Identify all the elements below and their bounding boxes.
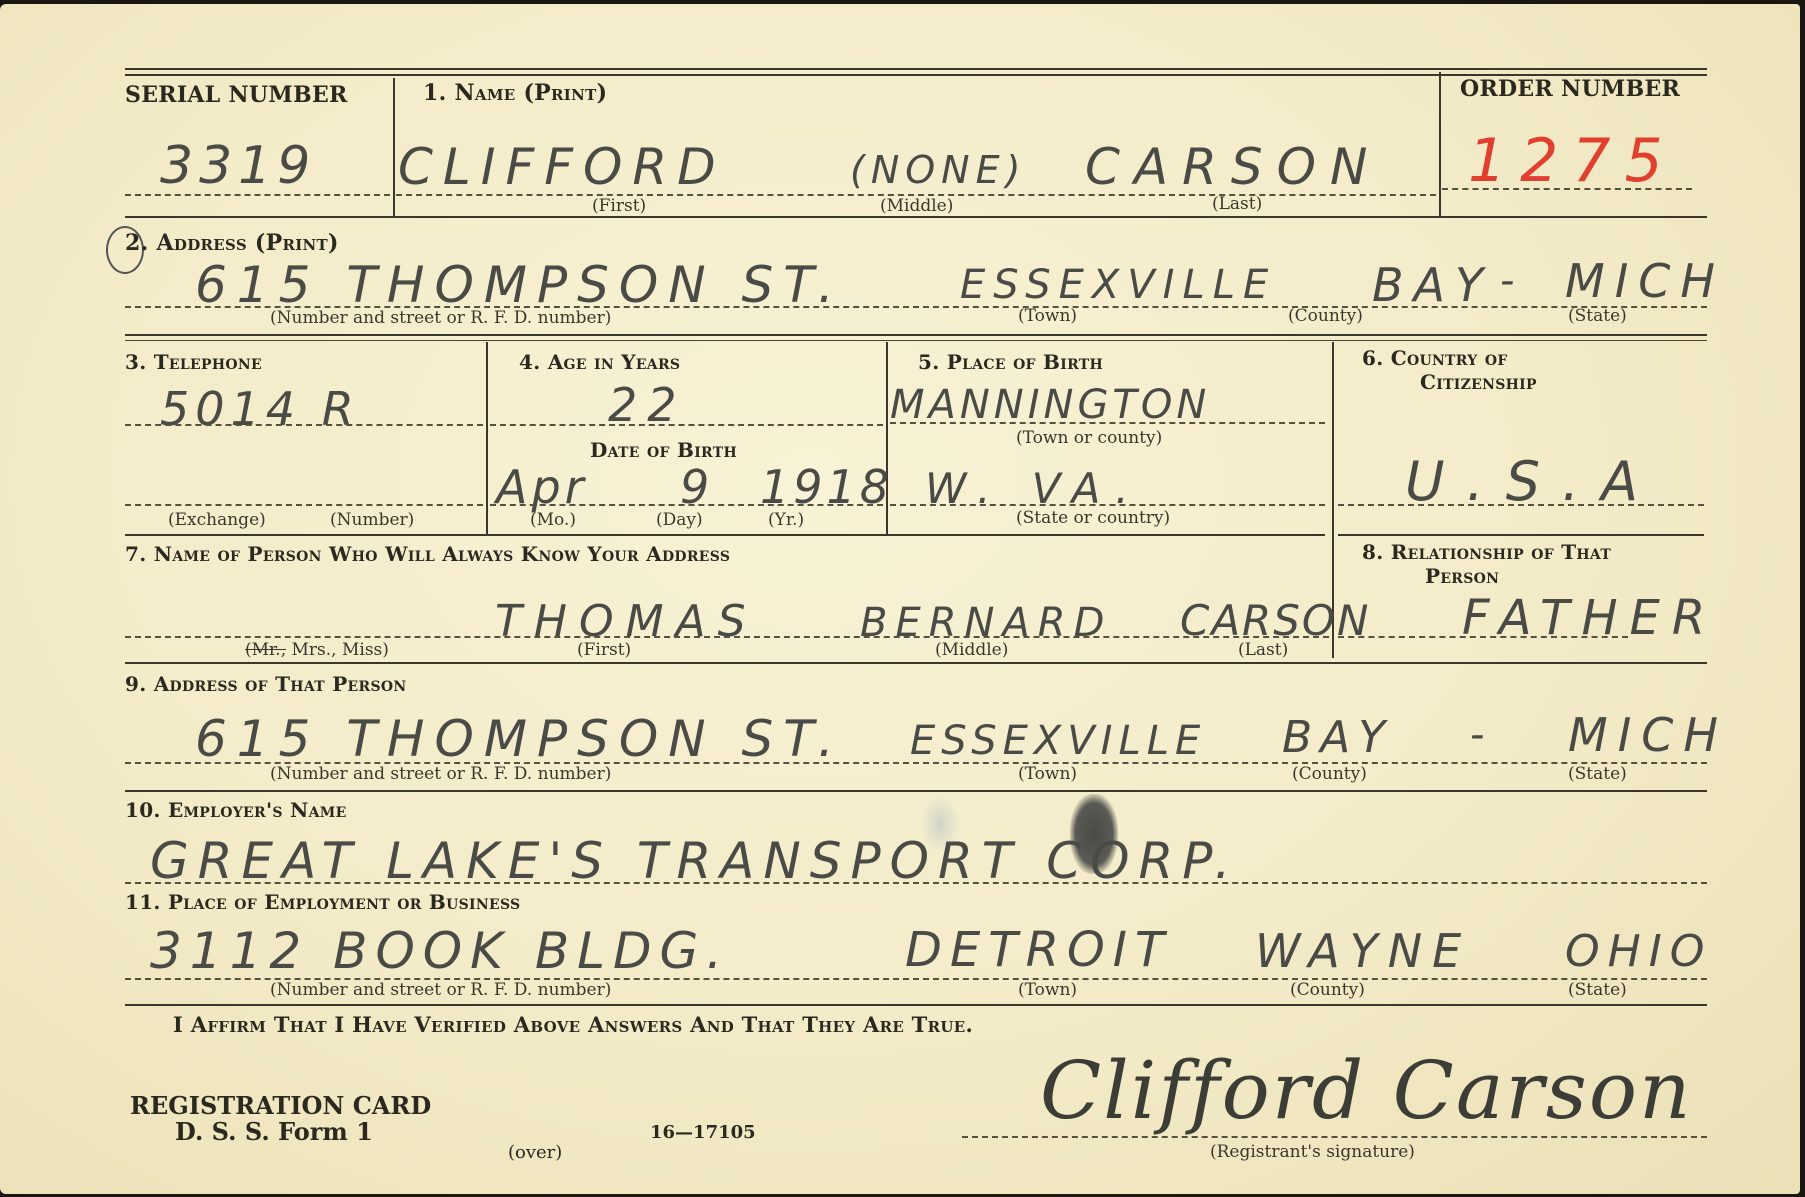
dob-line [490,504,883,506]
address-state-value: MICH [1565,254,1725,308]
name-label: 1. Name (Print) [423,80,607,106]
over-note: (over) [508,1142,562,1163]
birthplace-state-line [890,504,1325,506]
birthplace-label: 5. Place of Birth [918,350,1103,374]
employment-street-value: 3112 BOOK BLDG. [150,922,730,980]
employment-county-value: WAYNE [1255,924,1471,978]
top-rule [125,68,1707,70]
first-name-value: CLIFFORD [398,138,726,196]
birthplace-town-caption: (Town or county) [1016,428,1162,448]
employment-state-caption: (State) [1568,980,1627,1000]
employment-town-value: DETROIT [905,922,1172,978]
first-caption: (First) [592,196,646,216]
contact-line [125,636,1329,638]
contact-label: 7. Name of Person Who Will Always Know Y… [125,542,730,566]
birthplace-town-line [890,422,1325,424]
employment-town-caption: (Town) [1018,980,1077,1000]
address-street-caption: (Number and street or R. F. D. number) [270,308,611,328]
age-label: 4. Age in Years [519,350,680,374]
registrant-signature: Clifford Carson [1040,1044,1693,1137]
row1-bottom-rule [125,216,1707,218]
employer-label: 10. Employer's Name [125,798,347,822]
row9-bottom-rule [125,790,1707,792]
contact-street-caption: (Number and street or R. F. D. number) [270,764,611,784]
affirmation-text: I Affirm That I Have Verified Above Answ… [173,1012,973,1037]
middle-caption: (Middle) [880,196,953,216]
relationship-line [1338,636,1628,638]
contact-address-county-value: BAY [1282,712,1393,763]
citizenship-label-2: Citizenship [1420,370,1537,394]
contact-title-caption: (Mr., Mrs., Miss) [245,640,389,660]
address-state-caption: (State) [1568,306,1627,326]
age-line [490,424,883,426]
row2-bottom-rule [125,334,1707,336]
order-line [1442,188,1692,190]
form-number: D. S. S. Form 1 [175,1117,373,1146]
contact-town-caption: (Town) [1018,764,1077,784]
order-number-value: 1275 [1468,126,1677,196]
title-rest: Mrs., Miss) [292,640,389,660]
serial-number-value: 3319 [160,136,316,196]
row7-bottom-rule [125,662,1707,664]
citizenship-label-1: 6. Country of [1362,346,1508,370]
order-number-label: ORDER NUMBER [1460,76,1680,102]
telephone-value: 5014 R [160,382,360,436]
number-caption: (Number) [330,510,414,530]
employment-state-value: OHIO [1565,926,1712,977]
print-code: 16—17105 [650,1122,756,1143]
row11-bottom-rule [125,1004,1707,1006]
relationship-label-1: 8. Relationship of That [1362,540,1611,564]
row3-bottom-rule [125,534,1325,536]
contact-state-caption: (State) [1568,764,1627,784]
employment-place-label: 11. Place of Employment or Business [125,890,520,914]
citizenship-line [1338,504,1704,506]
last-name-value: CARSON [1085,138,1381,196]
row6-bottom-rule [1338,534,1704,536]
contact-address-town-value: ESSEXVILLE [910,718,1206,764]
serial-divider [393,78,395,216]
registration-card: SERIAL NUMBER 1. Name (Print) ORDER NUMB… [0,4,1800,1194]
address-town-value: ESSEXVILLE [960,262,1276,308]
dob-label: Date of Birth [590,438,737,462]
employment-street-caption: (Number and street or R. F. D. number) [270,980,611,1000]
yr-caption: (Yr.) [768,510,804,530]
telephone-line-2 [125,504,483,506]
employer-line [125,882,1707,884]
address-label: 2. Address (Print) [125,230,339,256]
contact-address-street-value: 615 THOMPSON ST. [195,710,844,768]
contact-first-caption: (First) [577,640,631,660]
signature-line [962,1136,1707,1138]
address-county-value: BAY [1372,258,1493,312]
serial-line [125,194,390,196]
order-divider [1439,72,1441,216]
contact-address-label: 9. Address of That Person [125,672,406,696]
birthplace-state-caption: (State or country) [1016,508,1170,528]
address-county-caption: (County) [1288,306,1363,326]
mo-caption: (Mo.) [530,510,576,530]
signature-caption: (Registrant's signature) [1210,1142,1415,1162]
day-caption: (Day) [656,510,703,530]
telephone-line [125,424,483,426]
title-struck: (Mr., [245,640,286,660]
exchange-caption: (Exchange) [168,510,266,530]
telephone-label: 3. Telephone [125,350,262,374]
address-town-caption: (Town) [1018,306,1077,326]
row2-bottom-rule-2 [125,340,1707,341]
contact-middle-caption: (Middle) [935,640,1008,660]
serial-number-label: SERIAL NUMBER [125,82,348,108]
employment-county-caption: (County) [1290,980,1365,1000]
tel-divider [486,342,488,536]
relationship-label-2: Person [1425,564,1499,588]
last-caption: (Last) [1212,194,1262,214]
contact-county-caption: (County) [1292,764,1367,784]
contact-address-state-value: MICH [1568,708,1728,762]
contact-last-caption: (Last) [1238,640,1288,660]
middle-name-value: (NONE) [850,148,1026,192]
contact-address-dash: - [1470,712,1494,758]
address-dash: - [1500,258,1524,304]
registration-card-title: REGISTRATION CARD [130,1091,431,1120]
